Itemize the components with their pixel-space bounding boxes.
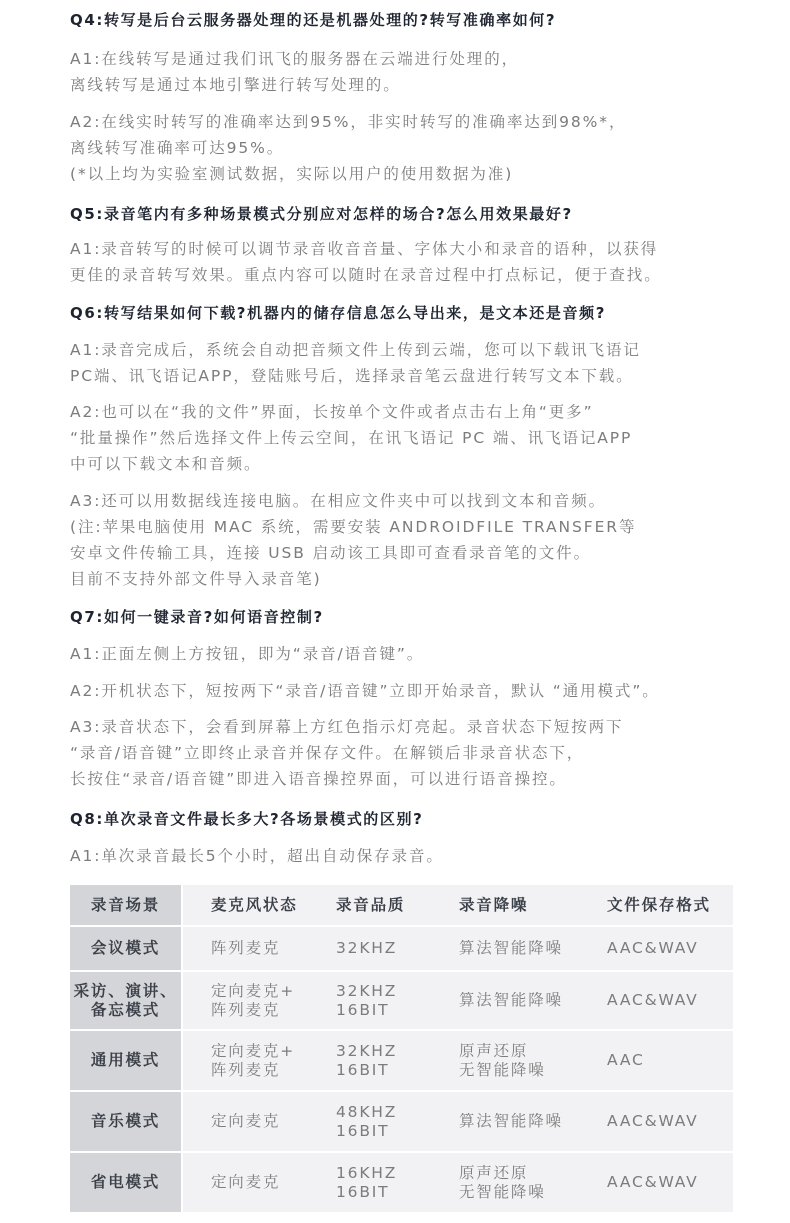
cell-noise: 原声还原无智能降噪 bbox=[431, 1030, 579, 1091]
answer-line: A2:在线实时转写的准确率达到95%，非实时转写的准确率达到98%*， bbox=[70, 109, 626, 135]
answer-line: 目前不支持外部文件导入录音笔) bbox=[70, 566, 636, 592]
answer-line: 长按住“录音/语音键”即进入语音操控界面，可以进行语音操控。 bbox=[70, 766, 623, 792]
cell-line: 算法智能降噪 bbox=[459, 991, 579, 1010]
cell-mic: 定向麦克 bbox=[182, 1152, 308, 1212]
cell-line: 会议模式 bbox=[70, 939, 181, 958]
cell-line: 原声还原 bbox=[459, 1164, 579, 1183]
cell-mic: 定向麦克+阵列麦克 bbox=[182, 1030, 308, 1091]
answer-q7-a1: A1:正面左侧上方按钮，即为“录音/语音键”。 bbox=[70, 641, 424, 667]
cell-line: 备忘模式 bbox=[70, 1001, 181, 1020]
answer-line: A3:还可以用数据线连接电脑。在相应文件夹中可以找到文本和音频。 bbox=[70, 488, 636, 514]
answer-line: 更佳的录音转写效果。重点内容可以随时在录音过程中打点标记，便于查找。 bbox=[70, 262, 662, 288]
cell-line: 采访、演讲、 bbox=[70, 982, 181, 1001]
cell-line: 16BIT bbox=[336, 1001, 431, 1020]
cell-line: AAC&WAV bbox=[607, 939, 733, 958]
answer-q8-a1: A1:单次录音最长5个小时，超出自动保存录音。 bbox=[70, 843, 444, 869]
cell-line: 定向麦克+ bbox=[211, 1042, 308, 1061]
cell-line: AAC&WAV bbox=[607, 1173, 733, 1192]
cell-line: 省电模式 bbox=[70, 1173, 181, 1192]
cell-line: 算法智能降噪 bbox=[459, 1112, 579, 1131]
cell-quality: 16KHZ16BIT bbox=[308, 1152, 431, 1212]
cell-mic: 定向麦克 bbox=[182, 1091, 308, 1152]
cell-line: 16BIT bbox=[336, 1122, 431, 1141]
answer-line: “录音/语音键”立即终止录音并保存文件。在解锁后非录音状态下， bbox=[70, 740, 623, 766]
answer-line: A1:录音完成后，系统会自动把音频文件上传到云端，您可以下载讯飞语记 bbox=[70, 337, 641, 363]
answer-line: (*以上均为实验室测试数据，实际以用户的使用数据为准) bbox=[70, 161, 626, 187]
cell-line: 16KHZ bbox=[336, 1164, 431, 1183]
answer-line: 中可以下载文本和音频。 bbox=[70, 451, 632, 477]
table-row: 采访、演讲、备忘模式 定向麦克+阵列麦克 32KHZ16BIT 算法智能降噪 A… bbox=[70, 971, 733, 1030]
answer-q7-a3: A3:录音状态下，会看到屏幕上方红色指示灯亮起。录音状态下短按两下 “录音/语音… bbox=[70, 714, 623, 792]
header-noise: 录音降噪 bbox=[431, 885, 579, 926]
cell-line: 32KHZ bbox=[336, 1042, 431, 1061]
question-q7: Q7:如何一键录音?如何语音控制? bbox=[70, 606, 324, 627]
recording-mode-table: 录音场景 麦克风状态 录音品质 录音降噪 文件保存格式 会议模式 阵列麦克 32… bbox=[70, 885, 733, 1212]
answer-line: 离线转写是通过本地引擎进行转写处理的。 bbox=[70, 72, 519, 98]
cell-format: AAC bbox=[579, 1030, 733, 1091]
cell-line: 定向麦克+ bbox=[211, 982, 308, 1001]
cell-line: AAC bbox=[607, 1051, 733, 1070]
cell-scene: 省电模式 bbox=[70, 1152, 182, 1212]
answer-line: A3:录音状态下，会看到屏幕上方红色指示灯亮起。录音状态下短按两下 bbox=[70, 714, 623, 740]
cell-noise: 算法智能降噪 bbox=[431, 971, 579, 1030]
answer-line: A2:开机状态下，短按两下“录音/语音键”立即开始录音，默认 “通用模式”。 bbox=[70, 678, 660, 704]
cell-line: 32KHZ bbox=[336, 939, 431, 958]
cell-noise: 原声还原无智能降噪 bbox=[431, 1152, 579, 1212]
cell-line: 算法智能降噪 bbox=[459, 939, 579, 958]
cell-noise: 算法智能降噪 bbox=[431, 926, 579, 971]
answer-line: (注:苹果电脑使用 MAC 系统，需要安装 ANDROIDFILE TRANSF… bbox=[70, 514, 636, 540]
cell-mic: 定向麦克+阵列麦克 bbox=[182, 971, 308, 1030]
header-scene: 录音场景 bbox=[70, 885, 182, 926]
table-row: 省电模式 定向麦克 16KHZ16BIT 原声还原无智能降噪 AAC&WAV bbox=[70, 1152, 733, 1212]
cell-quality: 32KHZ16BIT bbox=[308, 1030, 431, 1091]
cell-scene: 通用模式 bbox=[70, 1030, 182, 1091]
question-q5: Q5:录音笔内有多种场景模式分别应对怎样的场合?怎么用效果最好? bbox=[70, 203, 573, 224]
header-format: 文件保存格式 bbox=[579, 885, 733, 926]
cell-quality: 32KHZ16BIT bbox=[308, 971, 431, 1030]
answer-line: A1:录音转写的时候可以调节录音收音音量、字体大小和录音的语种，以获得 bbox=[70, 236, 662, 262]
cell-line: 原声还原 bbox=[459, 1042, 579, 1061]
answer-q7-a2: A2:开机状态下，短按两下“录音/语音键”立即开始录音，默认 “通用模式”。 bbox=[70, 678, 660, 704]
answer-line: A1:在线转写是通过我们讯飞的服务器在云端进行处理的， bbox=[70, 46, 519, 72]
answer-q4-a2: A2:在线实时转写的准确率达到95%，非实时转写的准确率达到98%*， 离线转写… bbox=[70, 109, 626, 187]
answer-q6-a1: A1:录音完成后，系统会自动把音频文件上传到云端，您可以下载讯飞语记 PC端、讯… bbox=[70, 337, 641, 389]
cell-format: AAC&WAV bbox=[579, 926, 733, 971]
cell-line: 阵列麦克 bbox=[211, 939, 308, 958]
cell-format: AAC&WAV bbox=[579, 971, 733, 1030]
answer-q6-a3: A3:还可以用数据线连接电脑。在相应文件夹中可以找到文本和音频。 (注:苹果电脑… bbox=[70, 488, 636, 592]
answer-line: A1:正面左侧上方按钮，即为“录音/语音键”。 bbox=[70, 641, 424, 667]
cell-scene: 采访、演讲、备忘模式 bbox=[70, 971, 182, 1030]
cell-line: 48KHZ bbox=[336, 1103, 431, 1122]
cell-line: 通用模式 bbox=[70, 1051, 181, 1070]
answer-q6-a2: A2:也可以在“我的文件”界面，长按单个文件或者点击右上角“更多” “批量操作”… bbox=[70, 399, 632, 477]
table-row: 通用模式 定向麦克+阵列麦克 32KHZ16BIT 原声还原无智能降噪 AAC bbox=[70, 1030, 733, 1091]
cell-format: AAC&WAV bbox=[579, 1152, 733, 1212]
cell-line: 16BIT bbox=[336, 1061, 431, 1080]
cell-line: 无智能降噪 bbox=[459, 1061, 579, 1080]
answer-q5-a1: A1:录音转写的时候可以调节录音收音音量、字体大小和录音的语种，以获得 更佳的录… bbox=[70, 236, 662, 288]
cell-line: 音乐模式 bbox=[70, 1112, 181, 1131]
cell-noise: 算法智能降噪 bbox=[431, 1091, 579, 1152]
question-q4: Q4:转写是后台云服务器处理的还是机器处理的?转写准确率如何? bbox=[70, 9, 556, 30]
cell-line: 阵列麦克 bbox=[211, 1061, 308, 1080]
cell-line: AAC&WAV bbox=[607, 991, 733, 1010]
answer-line: A2:也可以在“我的文件”界面，长按单个文件或者点击右上角“更多” bbox=[70, 399, 632, 425]
cell-line: 16BIT bbox=[336, 1183, 431, 1202]
cell-line: 定向麦克 bbox=[211, 1112, 308, 1131]
header-quality: 录音品质 bbox=[308, 885, 431, 926]
question-q8: Q8:单次录音文件最长多大?各场景模式的区别? bbox=[70, 808, 423, 829]
cell-line: AAC&WAV bbox=[607, 1112, 733, 1131]
answer-line: A1:单次录音最长5个小时，超出自动保存录音。 bbox=[70, 843, 444, 869]
answer-line: “批量操作”然后选择文件上传云空间，在讯飞语记 PC 端、讯飞语记APP bbox=[70, 425, 632, 451]
answer-q4-a1: A1:在线转写是通过我们讯飞的服务器在云端进行处理的， 离线转写是通过本地引擎进… bbox=[70, 46, 519, 98]
cell-scene: 会议模式 bbox=[70, 926, 182, 971]
header-mic: 麦克风状态 bbox=[182, 885, 308, 926]
question-q6: Q6:转写结果如何下载?机器内的储存信息怎么导出来，是文本还是音频? bbox=[70, 302, 606, 323]
table-row: 音乐模式 定向麦克 48KHZ16BIT 算法智能降噪 AAC&WAV bbox=[70, 1091, 733, 1152]
cell-line: 32KHZ bbox=[336, 982, 431, 1001]
cell-quality: 48KHZ16BIT bbox=[308, 1091, 431, 1152]
cell-scene: 音乐模式 bbox=[70, 1091, 182, 1152]
answer-line: 离线转写准确率可达95%。 bbox=[70, 135, 626, 161]
table-header-row: 录音场景 麦克风状态 录音品质 录音降噪 文件保存格式 bbox=[70, 885, 733, 926]
cell-line: 定向麦克 bbox=[211, 1173, 308, 1192]
table-row: 会议模式 阵列麦克 32KHZ 算法智能降噪 AAC&WAV bbox=[70, 926, 733, 971]
cell-mic: 阵列麦克 bbox=[182, 926, 308, 971]
cell-line: 无智能降噪 bbox=[459, 1183, 579, 1202]
answer-line: 安卓文件传输工具，连接 USB 启动该工具即可查看录音笔的文件。 bbox=[70, 540, 636, 566]
answer-line: PC端、讯飞语记APP，登陆账号后，选择录音笔云盘进行转写文本下载。 bbox=[70, 363, 641, 389]
cell-quality: 32KHZ bbox=[308, 926, 431, 971]
cell-format: AAC&WAV bbox=[579, 1091, 733, 1152]
cell-line: 阵列麦克 bbox=[211, 1001, 308, 1020]
